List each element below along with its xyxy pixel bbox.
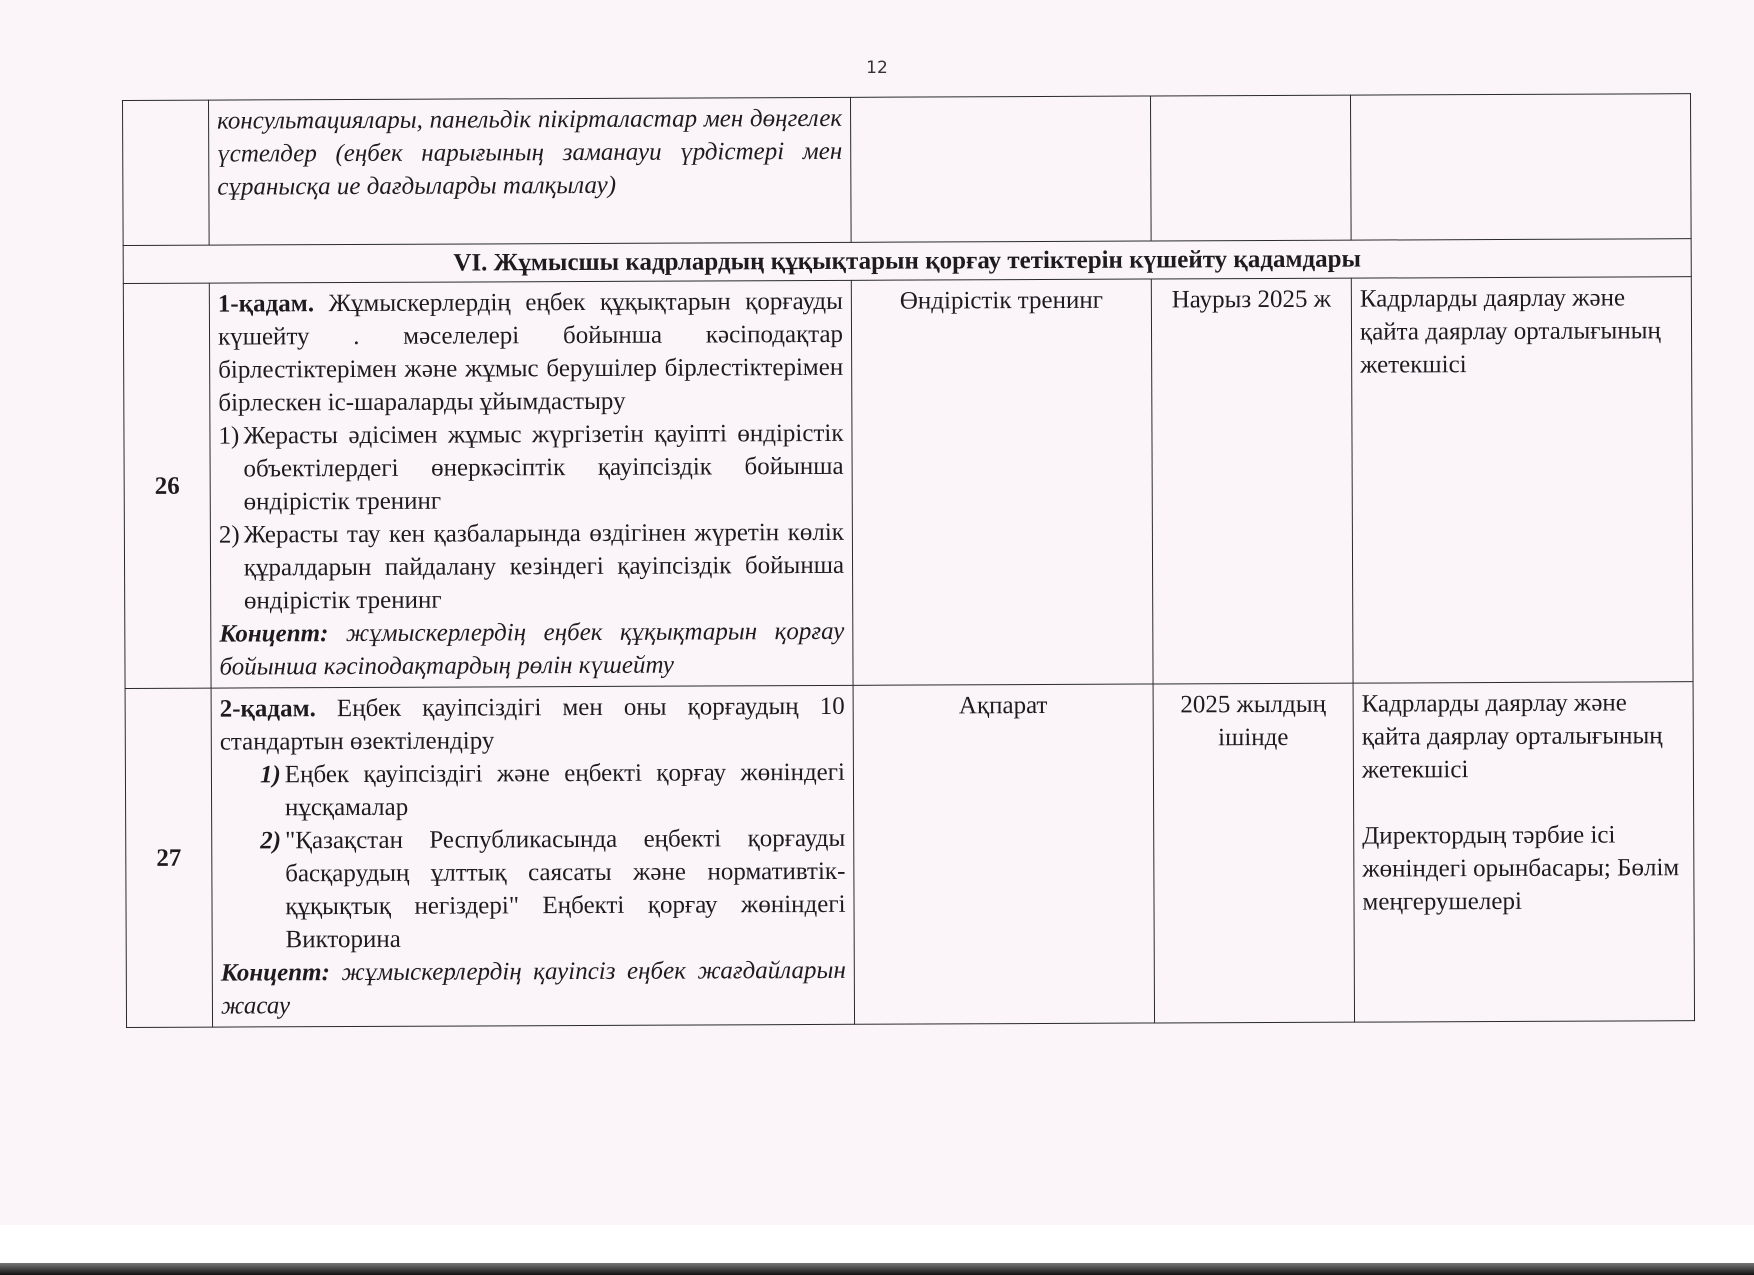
item-list: 1) Жерасты әдісімен жұмыс жүргізетін қау… xyxy=(218,417,844,618)
list-marker: 1) xyxy=(260,758,281,824)
row-responsible xyxy=(1350,94,1691,240)
list-text: Еңбек қауіпсіздігі және еңбекті қорғау ж… xyxy=(285,756,845,824)
row-number: 27 xyxy=(125,688,212,1027)
table-row-continuation: консультациялары, панельдік пікірталаста… xyxy=(123,94,1692,246)
list-item: 1) Жерасты әдісімен жұмыс жүргізетін қау… xyxy=(218,417,843,519)
row-responsible: Кадрларды даярлау және қайта даярлау орт… xyxy=(1353,682,1694,1022)
list-item: 2) "Қазақстан Республикасында еңбекті қо… xyxy=(260,822,846,957)
scan-edge xyxy=(0,1263,1754,1275)
responsible-entry: Директордың тәрбие ісі жөніндегі орынбас… xyxy=(1362,818,1685,918)
page-number: 12 xyxy=(0,58,1754,78)
list-marker: 2) xyxy=(219,518,240,617)
list-item: 2) Жерасты тау кен қазбаларында өздігіне… xyxy=(219,516,844,618)
step-label: 1-қадам. xyxy=(218,290,314,317)
concept-label: Концепт: xyxy=(219,620,328,647)
row-deadline: 2025 жылдың ішінде xyxy=(1153,683,1354,1023)
row-form xyxy=(850,96,1151,242)
concept-label: Концепт: xyxy=(221,959,330,986)
row-responsible: Кадрларды даярлау және қайта даярлау орт… xyxy=(1351,277,1693,683)
row-form: Ақпарат xyxy=(853,684,1154,1024)
row-deadline xyxy=(1150,95,1351,241)
table-row-27: 27 2-қадам. Еңбек қауіпсіздігі мен оны қ… xyxy=(125,682,1694,1028)
scan-margin xyxy=(0,1225,1754,1265)
list-item: 1) Еңбек қауіпсіздігі және еңбекті қорға… xyxy=(260,756,845,825)
item-list: 1) Еңбек қауіпсіздігі және еңбекті қорға… xyxy=(220,756,846,957)
table-row-26: 26 1-қадам. Жұмыскерлердің еңбек құқықта… xyxy=(123,277,1693,689)
spacer xyxy=(1362,785,1685,819)
row-form: Өндірістік тренинг xyxy=(851,279,1153,685)
responsible-entry: Кадрларды даярлау және қайта даярлау орт… xyxy=(1362,686,1685,786)
list-marker: 2) xyxy=(260,824,281,956)
list-marker: 1) xyxy=(218,419,239,518)
step-label: 2-қадам. xyxy=(220,695,316,722)
list-text: Жерасты әдісімен жұмыс жүргізетін қауіпт… xyxy=(243,417,844,519)
row-number: 26 xyxy=(123,283,211,688)
list-text: Жерасты тау кен қазбаларында өздігінен ж… xyxy=(244,516,845,618)
row-description: 2-қадам. Еңбек қауіпсіздігі мен оны қорғ… xyxy=(211,685,854,1027)
row-description: консультациялары, панельдік пікірталаста… xyxy=(209,97,852,245)
row-description: 1-қадам. Жұмыскерлердің еңбек құқықтарын… xyxy=(209,280,853,688)
row-number xyxy=(123,100,210,245)
row-deadline: Наурыз 2025 ж xyxy=(1151,278,1353,684)
action-plan-table: консультациялары, панельдік пікірталаста… xyxy=(122,93,1695,1028)
responsible-entry: Кадрларды даярлау және қайта даярлау орт… xyxy=(1360,281,1683,381)
list-text: "Қазақстан Республикасында еңбекті қорға… xyxy=(285,822,846,956)
